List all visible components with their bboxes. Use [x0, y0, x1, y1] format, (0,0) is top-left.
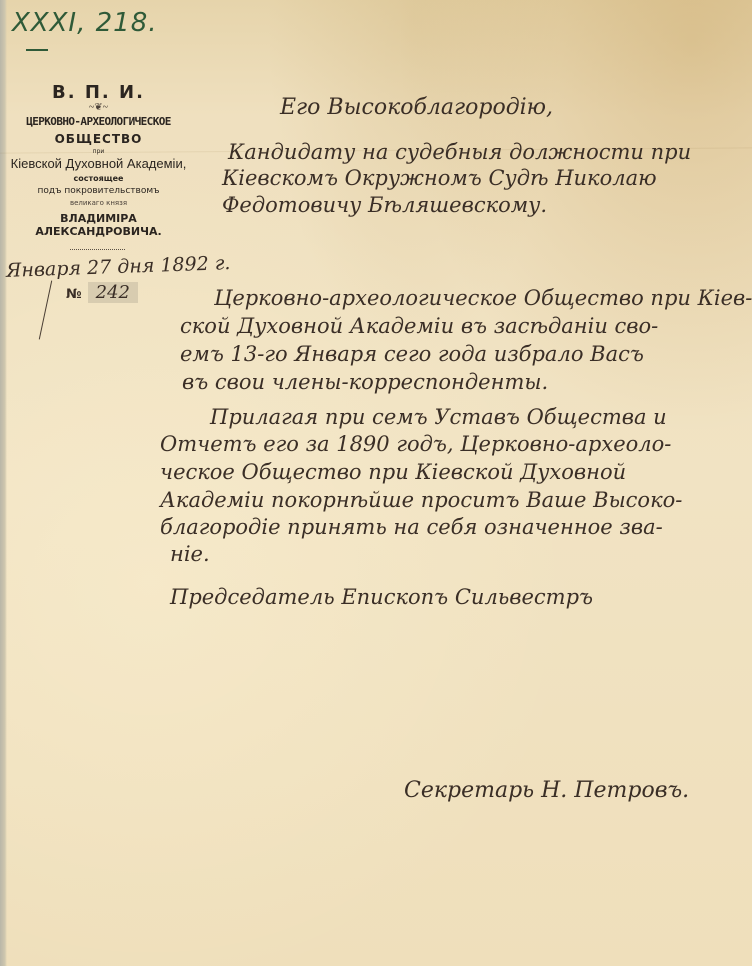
letterhead-grand-duke-title: великаго князя	[6, 199, 191, 207]
body-line: Церковно-археологическое Общество при Кі…	[214, 286, 752, 310]
letterhead-society-type: ЦЕРКОВНО-АРХЕОЛОГИЧЕСКОЕ	[6, 115, 191, 128]
chairman-signature: Председатель Епископъ Сильвестръ	[170, 585, 593, 609]
document-number: №242	[66, 282, 138, 303]
letterhead-patronage: подъ покровительствомъ	[6, 186, 191, 196]
archive-reference: XXXI, 218.	[12, 8, 158, 38]
body-line: ской Духовной Академіи въ засѣданіи сво-	[180, 314, 658, 338]
addressee-line: Кіевскомъ Окружномъ Судѣ Николаю	[222, 166, 657, 190]
body-line: Прилагая при семъ Уставъ Общества и	[210, 405, 667, 429]
letterhead-preposition: при	[6, 148, 191, 155]
salutation: Его Высокоблагородію,	[280, 95, 553, 120]
addressee-line: Кандидату на судебныя должности при	[228, 140, 691, 164]
body-line: въ свои члены-корреспонденты.	[182, 370, 548, 394]
secretary-signature: Секретарь Н. Петровъ.	[404, 778, 689, 803]
letterhead-initials: В. П. И.	[6, 82, 191, 103]
body-line: ческое Общество при Кіевской Духовной	[160, 460, 626, 484]
letterhead-status: состоящее	[6, 174, 191, 183]
number-label: №	[66, 287, 82, 302]
body-line: Отчетъ его за 1890 годъ, Церковно-археол…	[160, 432, 671, 456]
archive-underline	[26, 49, 48, 51]
letterhead: В. П. И. ~❦~ ЦЕРКОВНО-АРХЕОЛОГИЧЕСКОЕ ОБ…	[6, 82, 191, 238]
letterhead-divider	[70, 249, 125, 252]
body-line: благородіе принять на себя означенное зв…	[160, 515, 663, 539]
letterhead-grand-duke-name: ВЛАДИМІРА АЛЕКСАНДРОВИЧА.	[6, 212, 191, 238]
body-line: емъ 13-го Января сего года избрало Васъ	[180, 342, 644, 366]
letterhead-society: ОБЩЕСТВО	[6, 132, 191, 146]
letterhead-academy: Кіевской Духовной Академіи,	[6, 156, 191, 171]
body-line: ніе.	[170, 542, 210, 566]
ornament-icon: ~❦~	[6, 102, 191, 113]
addressee-line: Федотовичу Бѣляшевскому.	[222, 193, 547, 217]
body-line: Академіи покорнѣйше проситъ Ваше Высоко-	[160, 488, 682, 512]
number-value: 242	[88, 282, 138, 303]
